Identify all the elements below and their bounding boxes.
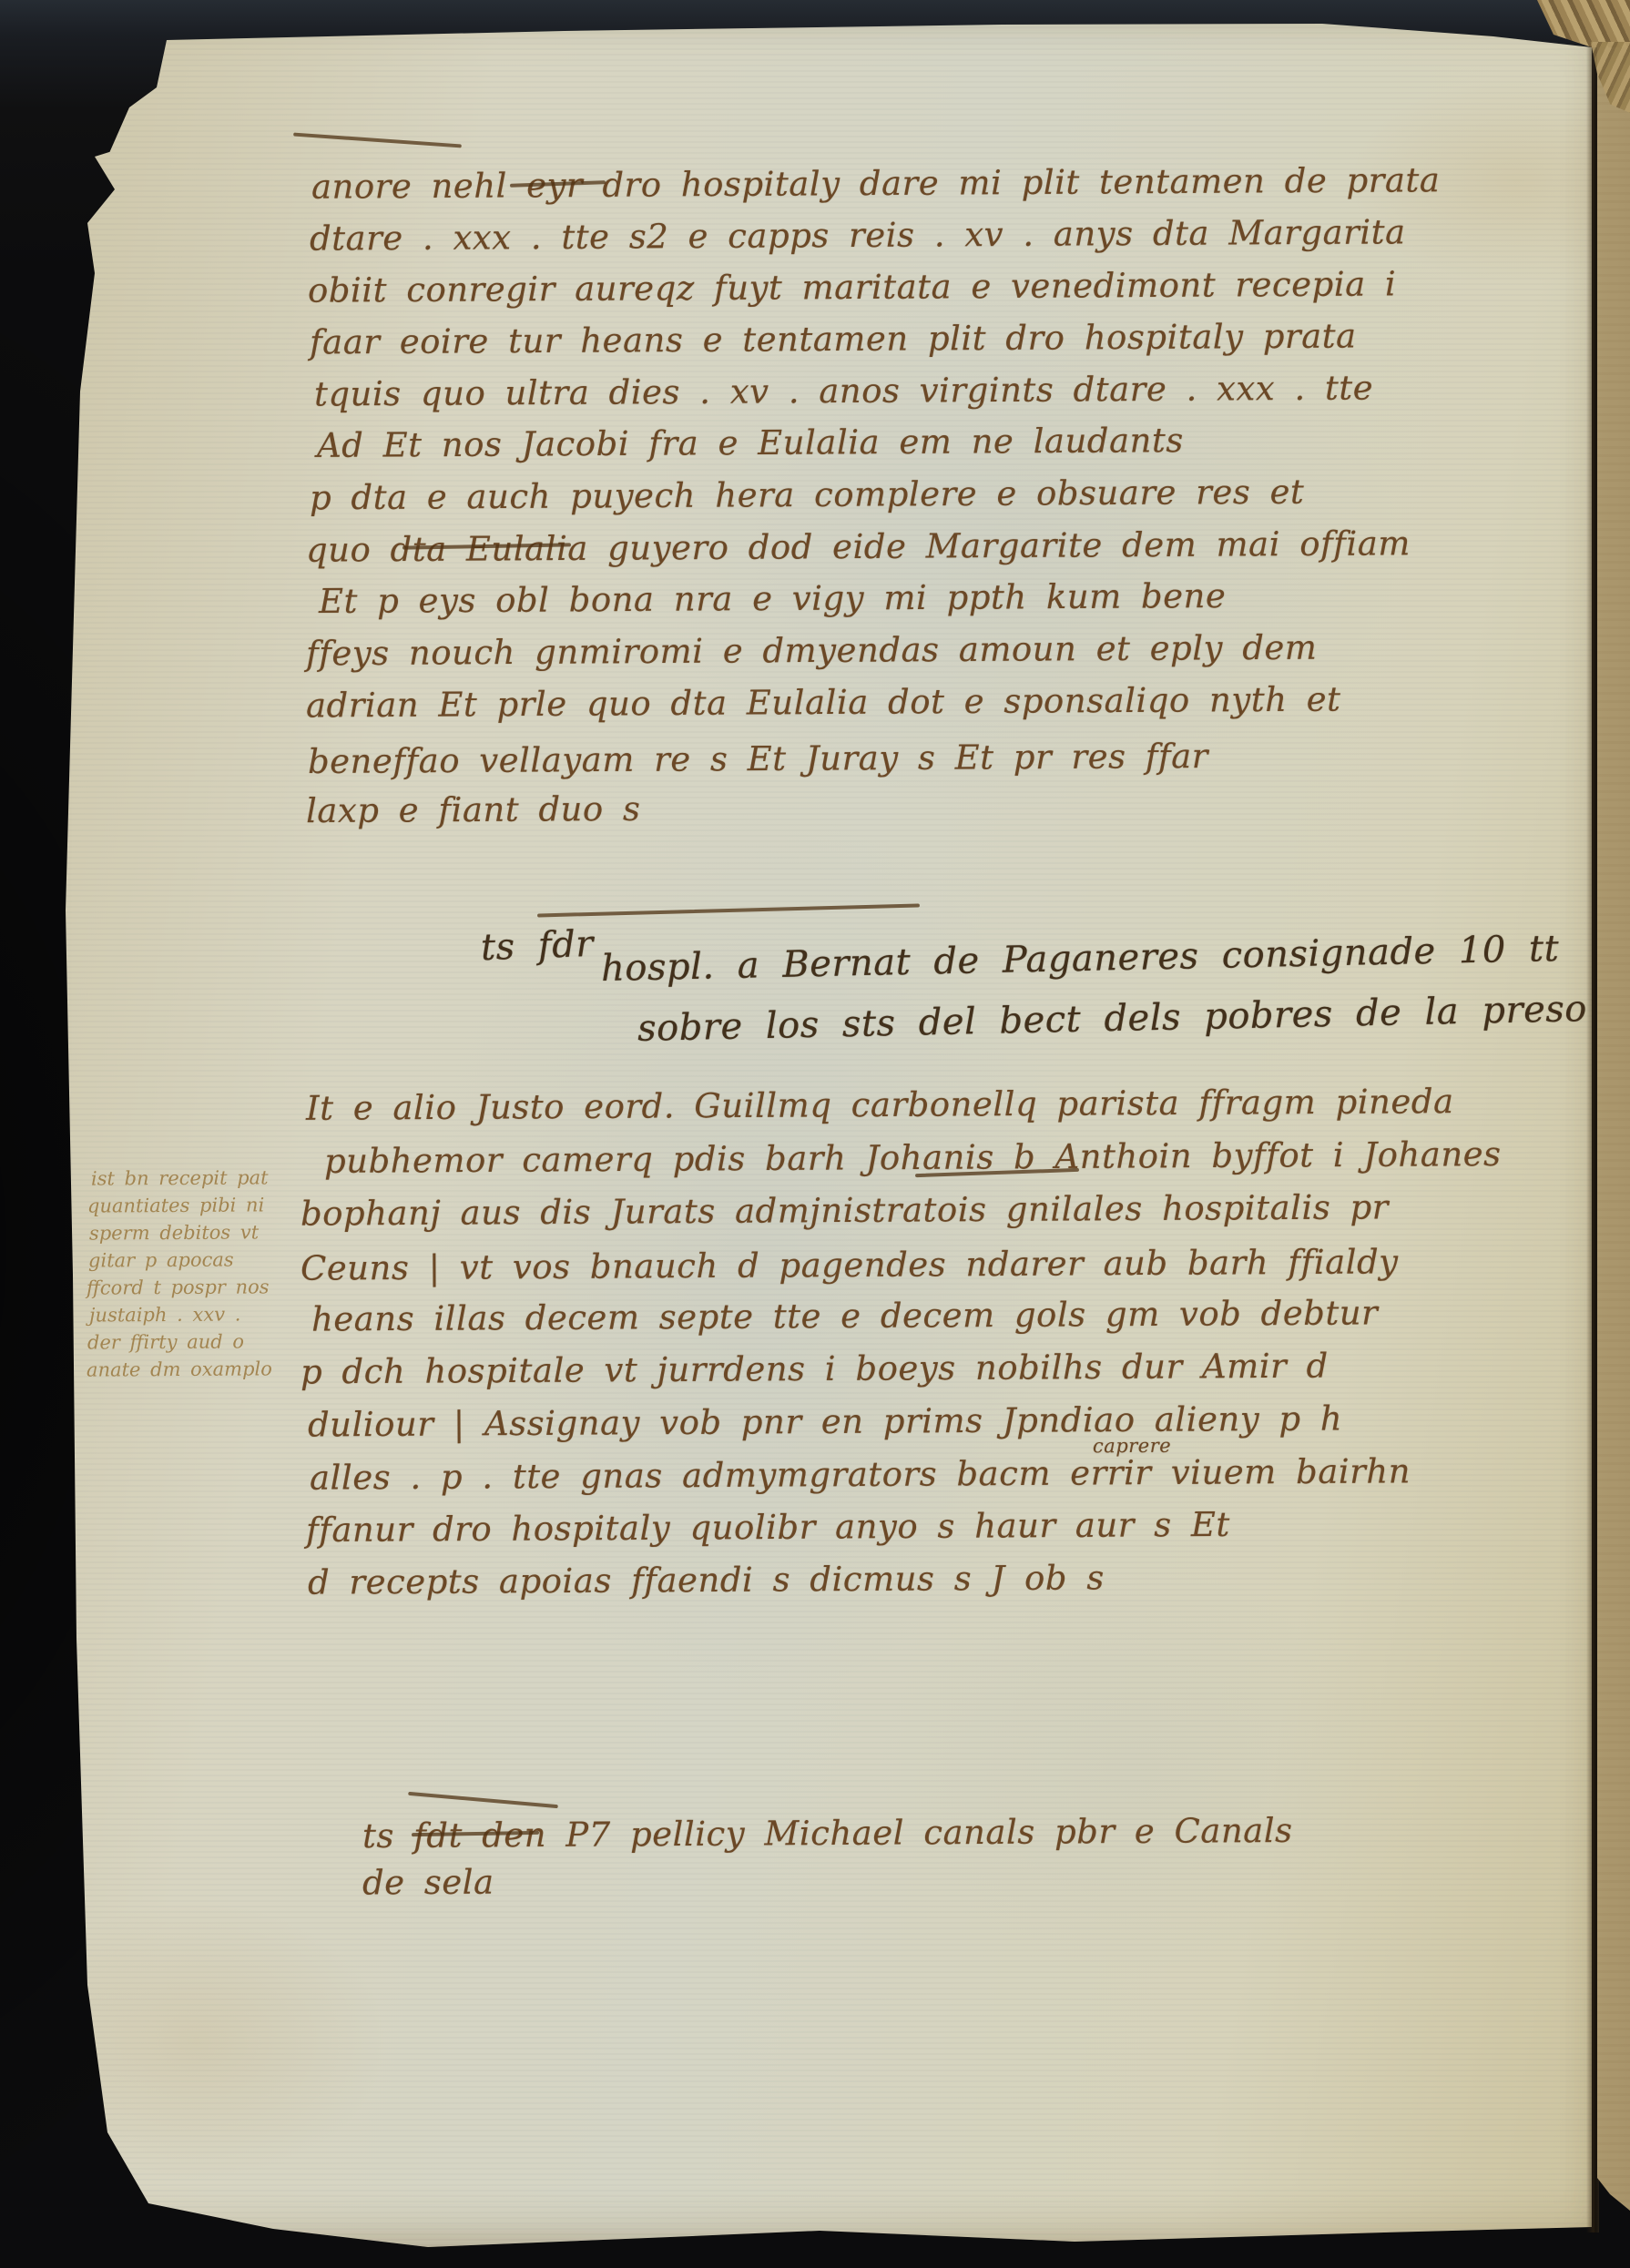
margin-line: justaiph . xxv . bbox=[89, 1303, 241, 1326]
text-line: anore nehl eyr dro hospitaly dare mi pli… bbox=[311, 160, 1441, 207]
text-line: Et p eys obl bona nra e vigy mi ppth kum… bbox=[319, 576, 1227, 621]
text-line: tquis quo ultra dies . xv . anos virgint… bbox=[314, 368, 1373, 413]
text-line: bophanj aus dis Jurats admjnistratois gn… bbox=[301, 1187, 1389, 1233]
text-line: duliour | Assignay vob pnr en prims Jpnd… bbox=[308, 1399, 1342, 1445]
margin-line: gitar p apocas bbox=[88, 1249, 234, 1272]
text-line: faar eoire tur heans e tentamen plit dro… bbox=[310, 316, 1357, 361]
text-line: beneffao vellayam re s Et Juray s Et pr … bbox=[308, 737, 1208, 781]
gutter-crease bbox=[1586, 35, 1599, 2232]
margin-line: sperm debitos vt bbox=[89, 1221, 259, 1244]
text-line: pubhemor camerq pdis barh Johanis b Anth… bbox=[324, 1134, 1502, 1181]
text-line: Ad Et nos Jacobi fra e Eulalia em ne lau… bbox=[317, 421, 1184, 465]
margin-line: der ffirty aud o bbox=[87, 1330, 244, 1353]
text-line: dtare . xxx . tte s2 e capps reis . xv .… bbox=[310, 212, 1406, 258]
text-line: heans illas decem septe tte e decem gols… bbox=[311, 1293, 1379, 1338]
margin-line: quantiates pibi ni bbox=[87, 1194, 264, 1216]
marginal-mark: ts fdr bbox=[480, 923, 594, 969]
text-line: ffeys nouch gnmiromi e dmyendas amoun et… bbox=[306, 628, 1318, 674]
photographed-manuscript: anore nehl eyr dro hospitaly dare mi pli… bbox=[0, 0, 1630, 2268]
text-line: adrian Et prle quo dta Eulalia dot e spo… bbox=[306, 680, 1341, 726]
text-line: Ceuns | vt vos bnauch d pagendes ndarer … bbox=[301, 1242, 1399, 1287]
interline-word: caprere bbox=[1093, 1435, 1171, 1458]
margin-line: anate dm oxamplo bbox=[87, 1358, 272, 1380]
text-line: It e alio Justo eord. Guillmq carbonellq… bbox=[306, 1082, 1454, 1128]
text-line: d recepts apoias ffaendi s dicmus s J ob… bbox=[308, 1558, 1105, 1602]
text-line: laxp e fiant duo s bbox=[306, 789, 641, 830]
binding-cord bbox=[1537, 0, 1630, 47]
text-line: de sela bbox=[362, 1863, 494, 1903]
margin-line: ist bn recepit pat bbox=[91, 1166, 269, 1189]
text-line: p dch hospitale vt jurrdens i boeys nobi… bbox=[301, 1347, 1329, 1392]
text-line: p dta e auch puyech hera complere e obsu… bbox=[310, 473, 1305, 518]
text-line: alles . p . tte gnas admymgrators bacm e… bbox=[310, 1451, 1411, 1497]
text-line: ffanur dro hospitaly quolibr anyo s haur… bbox=[306, 1505, 1230, 1550]
text-line: obiit conregir aureqz fuyt maritata e ve… bbox=[308, 264, 1397, 310]
margin-line: ffcord t pospr nos bbox=[87, 1276, 270, 1298]
